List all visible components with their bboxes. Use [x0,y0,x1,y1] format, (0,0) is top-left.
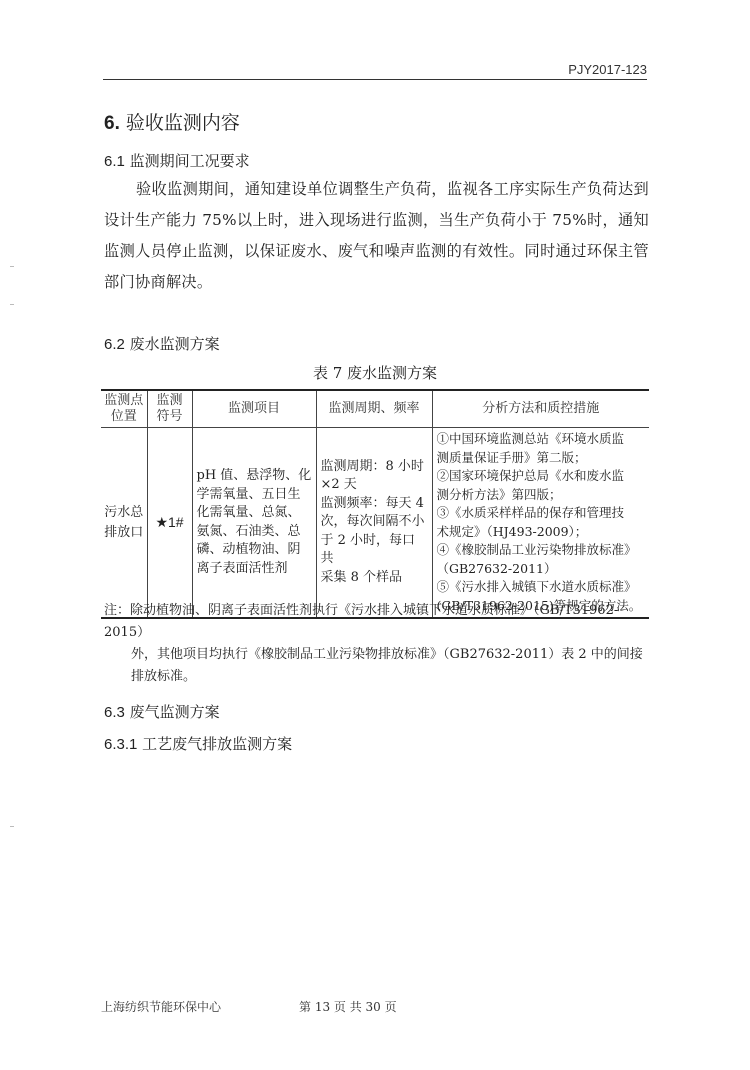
note-line: 排放标准。 [104,666,654,688]
wastewater-monitoring-table: 监测点 位置 监测 符号 监测项目 监测周期、频率 分析方法和质控措施 污水总 … [101,389,649,619]
section-number: 6.3 [104,704,125,721]
table-header-row: 监测点 位置 监测 符号 监测项目 监测周期、频率 分析方法和质控措施 [101,390,649,428]
section-6-3-1-heading: 6.3.1 工艺废气排放监测方案 [104,733,292,754]
cell-symbol: ★1# [147,428,192,619]
cell-items: pH 值、悬浮物、化 学需氧量、五日生 化需氧量、总氮、 氨氮、石油类、总 磷、… [192,428,316,619]
header-items: 监测项目 [192,390,316,428]
header-symbol: 监测 符号 [147,390,192,428]
cell-location: 污水总 排放口 [101,428,147,619]
header-frequency: 监测周期、频率 [316,390,432,428]
header-divider [103,79,647,80]
table-row: 污水总 排放口 ★1# pH 值、悬浮物、化 学需氧量、五日生 化需氧量、总氮、… [101,428,649,619]
section-number: 6.3.1 [104,736,137,753]
section-6-2-heading: 6.2 废水监测方案 [104,333,220,354]
note-line: 注：除动植物油、阴离子表面活性剂执行《污水排入城镇下水道水质标准》（GB/T31… [104,600,654,644]
table-caption: 表 7 废水监测方案 [0,362,750,383]
header-location: 监测点 位置 [101,390,147,428]
section-title: 废气监测方案 [130,703,220,721]
section-title: 验收监测内容 [126,112,240,134]
section-title: 废水监测方案 [130,335,220,353]
scan-edge-mark [10,304,14,305]
scan-edge-mark [10,266,14,267]
footer-page-number: 第 13 页 共 30 页 [299,998,397,1015]
section-6-1-heading: 6.1 监测期间工况要求 [104,150,250,171]
cell-methods: ①中国环境监测总站《环境水质监 测质量保证手册》第二版； ②国家环境保护总局《水… [432,428,649,619]
section-number: 6.1 [104,153,125,170]
header-methods: 分析方法和质控措施 [432,390,649,428]
section-6-heading: 6. 验收监测内容 [104,108,240,135]
note-line: 外，其他项目均执行《橡胶制品工业污染物排放标准》（GB27632-2011）表 … [104,644,654,666]
section-number: 6.2 [104,336,125,353]
cell-frequency: 监测周期：8 小时 ×2 天 监测频率：每天 4 次，每次间隔不小 于 2 小时… [316,428,432,619]
table-note: 注：除动植物油、阴离子表面活性剂执行《污水排入城镇下水道水质标准》（GB/T31… [104,600,654,688]
section-number: 6. [104,113,120,134]
section-title: 监测期间工况要求 [130,152,250,170]
section-title: 工艺废气排放监测方案 [142,735,292,753]
working-condition-paragraph: 验收监测期间，通知建设单位调整生产负荷，监视各工序实际生产负荷达到设计生产能力 … [104,174,649,298]
footer-organization: 上海纺织节能环保中心 [101,998,221,1015]
section-6-3-heading: 6.3 废气监测方案 [104,701,220,722]
scan-edge-mark [10,826,14,827]
document-code: PJY2017-123 [568,62,647,77]
